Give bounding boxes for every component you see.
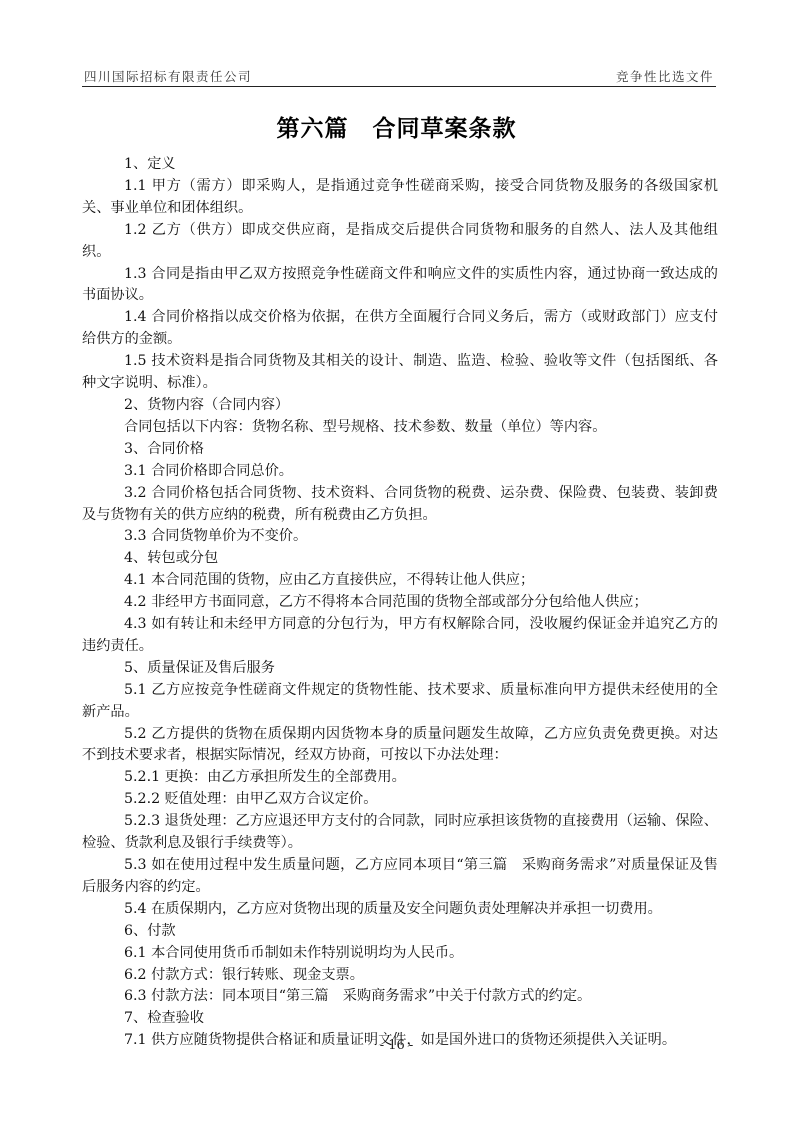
section-heading: 6、付款 bbox=[82, 921, 718, 943]
section-heading: 7、检查验收 bbox=[82, 1008, 718, 1030]
clause-paragraph: 4.3 如有转让和未经甲方同意的分包行为，甲方有权解除合同，没收履约保证金并追究… bbox=[82, 614, 718, 658]
clause-paragraph: 1.5 技术资料是指合同货物及其相关的设计、制造、监造、检验、验收等文件（包括图… bbox=[82, 351, 718, 395]
section-heading: 5、质量保证及售后服务 bbox=[82, 658, 718, 680]
clause-paragraph: 3.1 合同价格即合同总价。 bbox=[82, 461, 718, 483]
clause-paragraph: 6.2 付款方式：银行转账、现金支票。 bbox=[82, 965, 718, 987]
section-heading: 4、转包或分包 bbox=[82, 548, 718, 570]
clause-paragraph: 1.3 合同是指由甲乙双方按照竞争性磋商文件和响应文件的实质性内容，通过协商一致… bbox=[82, 264, 718, 308]
page-header: 四川国际招标有限责任公司 竞争性比选文件 bbox=[82, 64, 716, 87]
clause-paragraph: 6.1 本合同使用货币币制如未作特别说明均为人民币。 bbox=[82, 943, 718, 965]
clause-paragraph: 1.2 乙方（供方）即成交供应商，是指成交后提供合同货物和服务的自然人、法人及其… bbox=[82, 220, 718, 264]
header-company-name: 四川国际招标有限责任公司 bbox=[84, 67, 252, 85]
clause-paragraph: 6.3 付款方法：同本项目“第三篇 采购商务需求”中关于付款方式的约定。 bbox=[82, 986, 718, 1008]
clause-paragraph: 5.2.3 退货处理：乙方应退还甲方支付的合同款，同时应承担该货物的直接费用（运… bbox=[82, 811, 718, 855]
clause-paragraph: 合同包括以下内容：货物名称、型号规格、技术参数、数量（单位）等内容。 bbox=[82, 417, 718, 439]
header-document-type: 竞争性比选文件 bbox=[616, 67, 714, 85]
clause-paragraph: 5.1 乙方应按竞争性磋商文件规定的货物性能、技术要求、质量标准向甲方提供未经使… bbox=[82, 680, 718, 724]
section-heading: 2、货物内容（合同内容） bbox=[82, 395, 718, 417]
clause-paragraph: 4.1 本合同范围的货物，应由乙方直接供应，不得转让他人供应； bbox=[82, 570, 718, 592]
clause-paragraph: 3.3 合同货物单价为不变价。 bbox=[82, 526, 718, 548]
clause-paragraph: 1.1 甲方（需方）即采购人，是指通过竞争性磋商采购，接受合同货物及服务的各级国… bbox=[82, 176, 718, 220]
section-heading: 3、合同价格 bbox=[82, 439, 718, 461]
clause-paragraph: 5.3 如在使用过程中发生质量问题，乙方应同本项目“第三篇 采购商务需求”对质量… bbox=[82, 855, 718, 899]
clause-paragraph: 1.4 合同价格指以成交价格为依据，在供方全面履行合同义务后，需方（或财政部门）… bbox=[82, 307, 718, 351]
clause-paragraph: 5.2 乙方提供的货物在质保期内因货物本身的质量问题发生故障，乙方应负责免费更换… bbox=[82, 724, 718, 768]
page-number: - 16 - bbox=[0, 1038, 793, 1053]
page-title: 第六篇 合同草案条款 bbox=[0, 110, 793, 143]
clause-paragraph: 5.4 在质保期内，乙方应对货物出现的质量及安全问题负责处理解决并承担一切费用。 bbox=[82, 899, 718, 921]
clause-paragraph: 3.2 合同价格包括合同货物、技术资料、合同货物的税费、运杂费、保险费、包装费、… bbox=[82, 483, 718, 527]
clause-paragraph: 5.2.1 更换：由乙方承担所发生的全部费用。 bbox=[82, 767, 718, 789]
clause-paragraph: 4.2 非经甲方书面同意，乙方不得将本合同范围的货物全部或部分分包给他人供应； bbox=[82, 592, 718, 614]
document-body: 1、定义 1.1 甲方（需方）即采购人，是指通过竞争性磋商采购，接受合同货物及服… bbox=[82, 154, 718, 1052]
section-heading: 1、定义 bbox=[82, 154, 718, 176]
clause-paragraph: 5.2.2 贬值处理：由甲乙双方合议定价。 bbox=[82, 789, 718, 811]
